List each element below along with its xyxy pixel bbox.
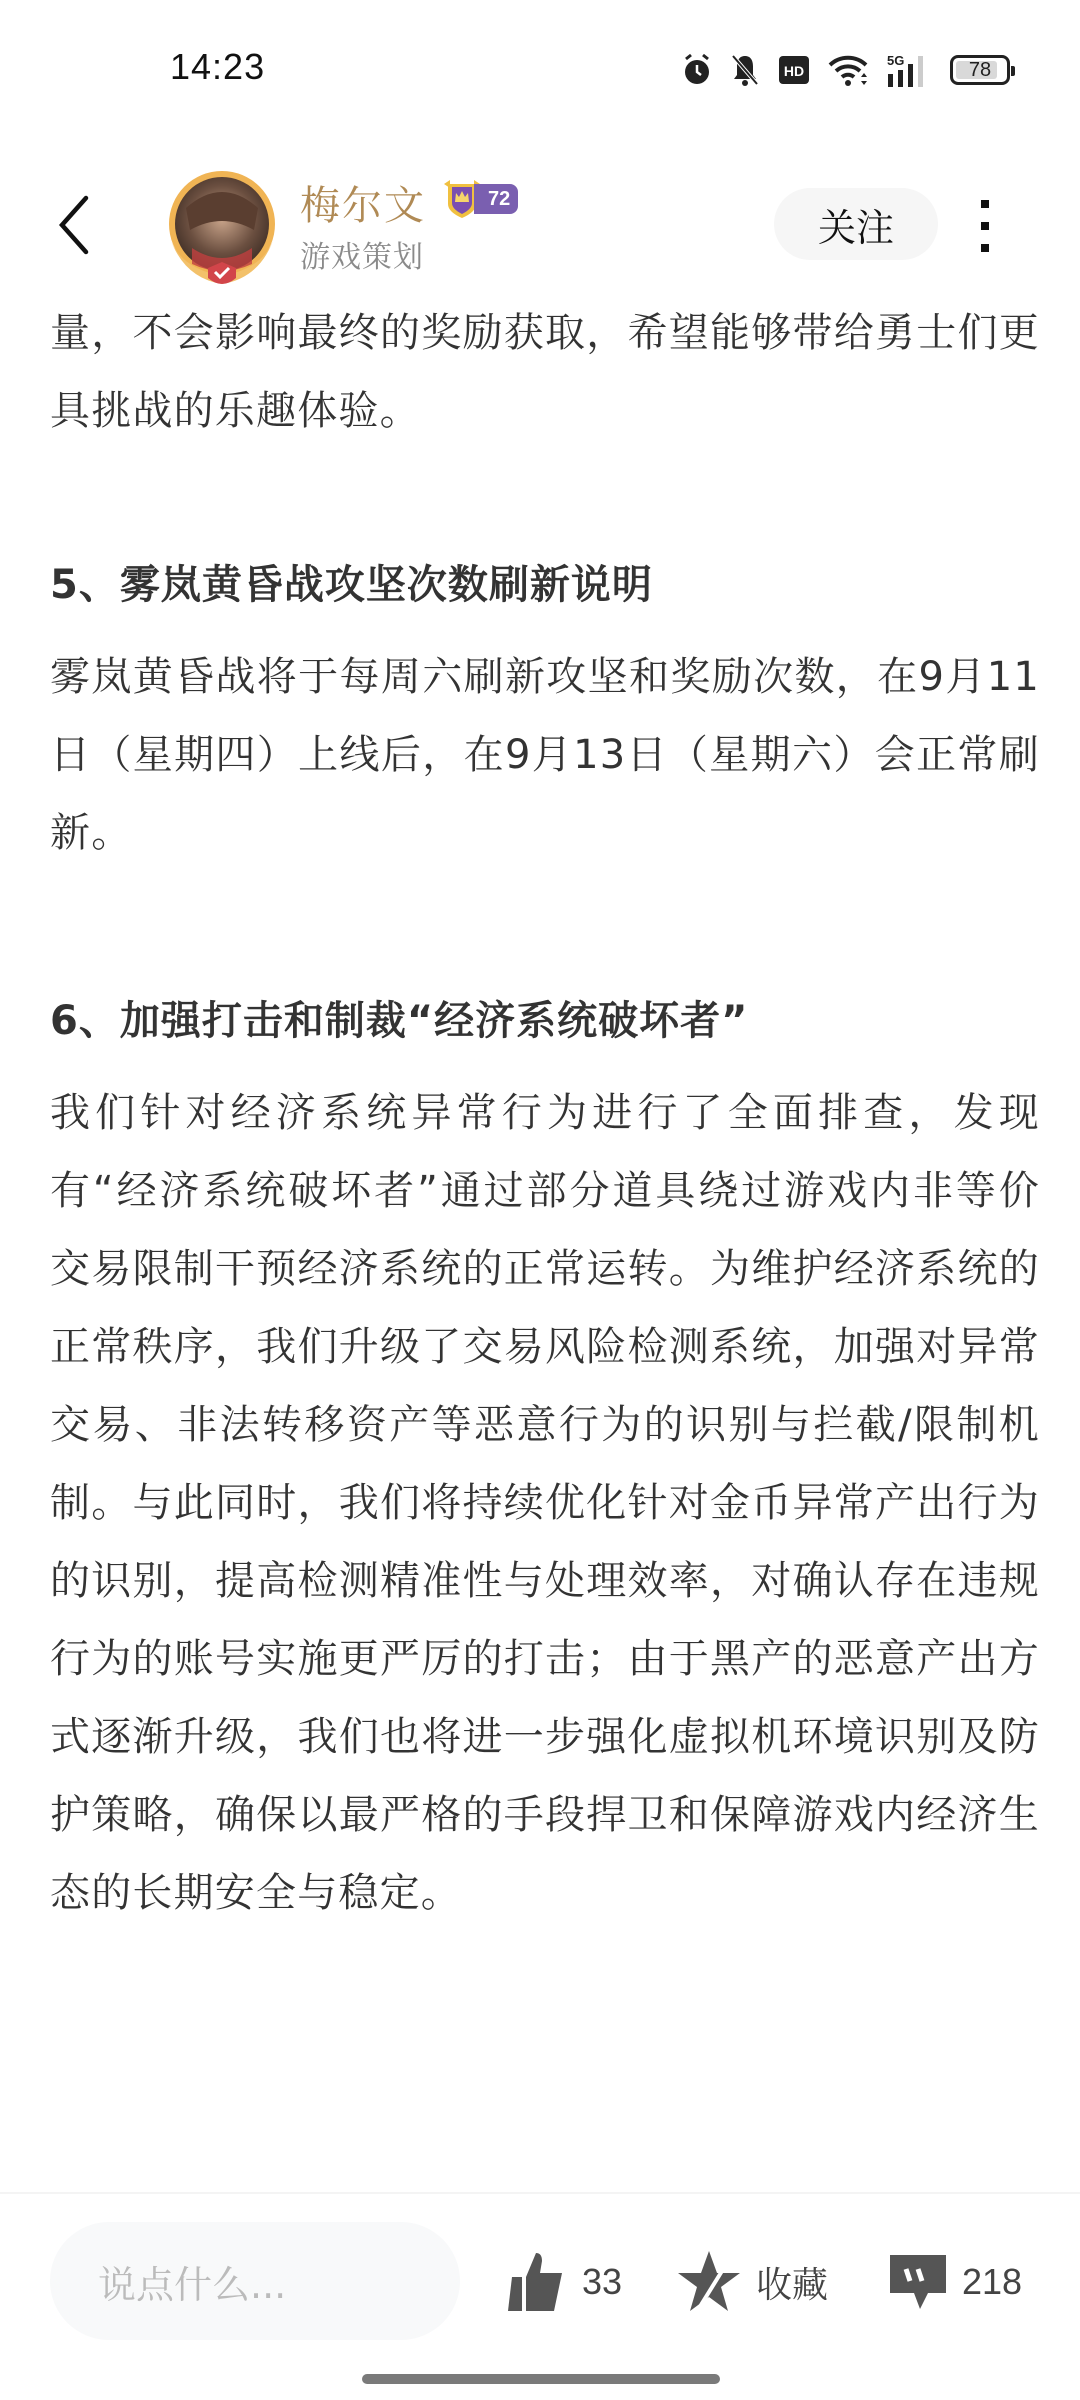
article-paragraph: 雾岚黄昏战将于每周六刷新攻坚和奖励次数，在9月11日（星期四）上线后，在9月13… <box>50 638 1040 872</box>
status-time: 14:23 <box>170 46 265 88</box>
follow-button[interactable]: 关注 <box>774 188 938 260</box>
favorite-label: 收藏 <box>756 2257 828 2308</box>
like-button[interactable]: 33 <box>508 2242 622 2322</box>
author-name[interactable]: 梅尔文 <box>300 174 426 231</box>
post-header: 梅尔文 72 游戏策划 关注 <box>0 160 1080 290</box>
hd-icon: HD <box>778 50 810 90</box>
comment-placeholder: 说点什么... <box>98 2254 286 2309</box>
article-paragraph: 我们针对经济系统异常行为进行了全面排查，发现有“经济系统破坏者”通过部分道具绕过… <box>50 1074 1040 1932</box>
section-heading: 6、加强打击和制裁“经济系统破坏者” <box>50 982 1040 1060</box>
svg-text:HD: HD <box>784 63 804 79</box>
back-button[interactable] <box>52 190 112 260</box>
section-heading: 5、雾岚黄昏战攻坚次数刷新说明 <box>50 546 1040 624</box>
comment-count: 218 <box>962 2261 1022 2303</box>
article-paragraph: 量，不会影响最终的奖励获取，希望能够带给勇士们更具挑战的乐趣体验。 <box>50 294 1040 450</box>
bottom-action-bar: 说点什么... 33 收藏 218 <box>0 2192 1080 2400</box>
favorite-button[interactable]: 收藏 <box>676 2242 828 2322</box>
dot-icon <box>981 222 989 230</box>
article-content: 量，不会影响最终的奖励获取，希望能够带给勇士们更具挑战的乐趣体验。 5、雾岚黄昏… <box>50 290 1040 2190</box>
like-count: 33 <box>582 2261 622 2303</box>
svg-text:5G: 5G <box>887 53 904 68</box>
more-options-button[interactable] <box>970 194 1000 258</box>
battery-level: 78 <box>969 59 991 82</box>
status-bar: 14:23 HD 5G 78 <box>0 0 1080 140</box>
thumbs-up-icon <box>508 2251 568 2313</box>
status-icons: HD 5G 78 <box>682 50 1010 90</box>
comment-button[interactable]: 218 <box>888 2242 1022 2322</box>
alarm-icon <box>682 50 712 90</box>
star-icon <box>676 2249 742 2315</box>
level-badge: 72 <box>442 178 518 220</box>
author-avatar[interactable] <box>164 168 280 290</box>
dot-icon <box>981 244 989 252</box>
level-number: 72 <box>474 184 518 214</box>
author-role: 游戏策划 <box>300 232 424 276</box>
5g-signal-icon: 5G <box>886 50 932 90</box>
dot-icon <box>981 200 989 208</box>
comment-input[interactable]: 说点什么... <box>50 2222 460 2340</box>
chevron-left-icon <box>52 190 96 260</box>
comment-icon <box>888 2253 948 2311</box>
mute-icon <box>730 50 760 90</box>
home-indicator[interactable] <box>362 2374 720 2384</box>
battery-indicator: 78 <box>950 55 1010 85</box>
wifi-icon <box>828 50 868 90</box>
